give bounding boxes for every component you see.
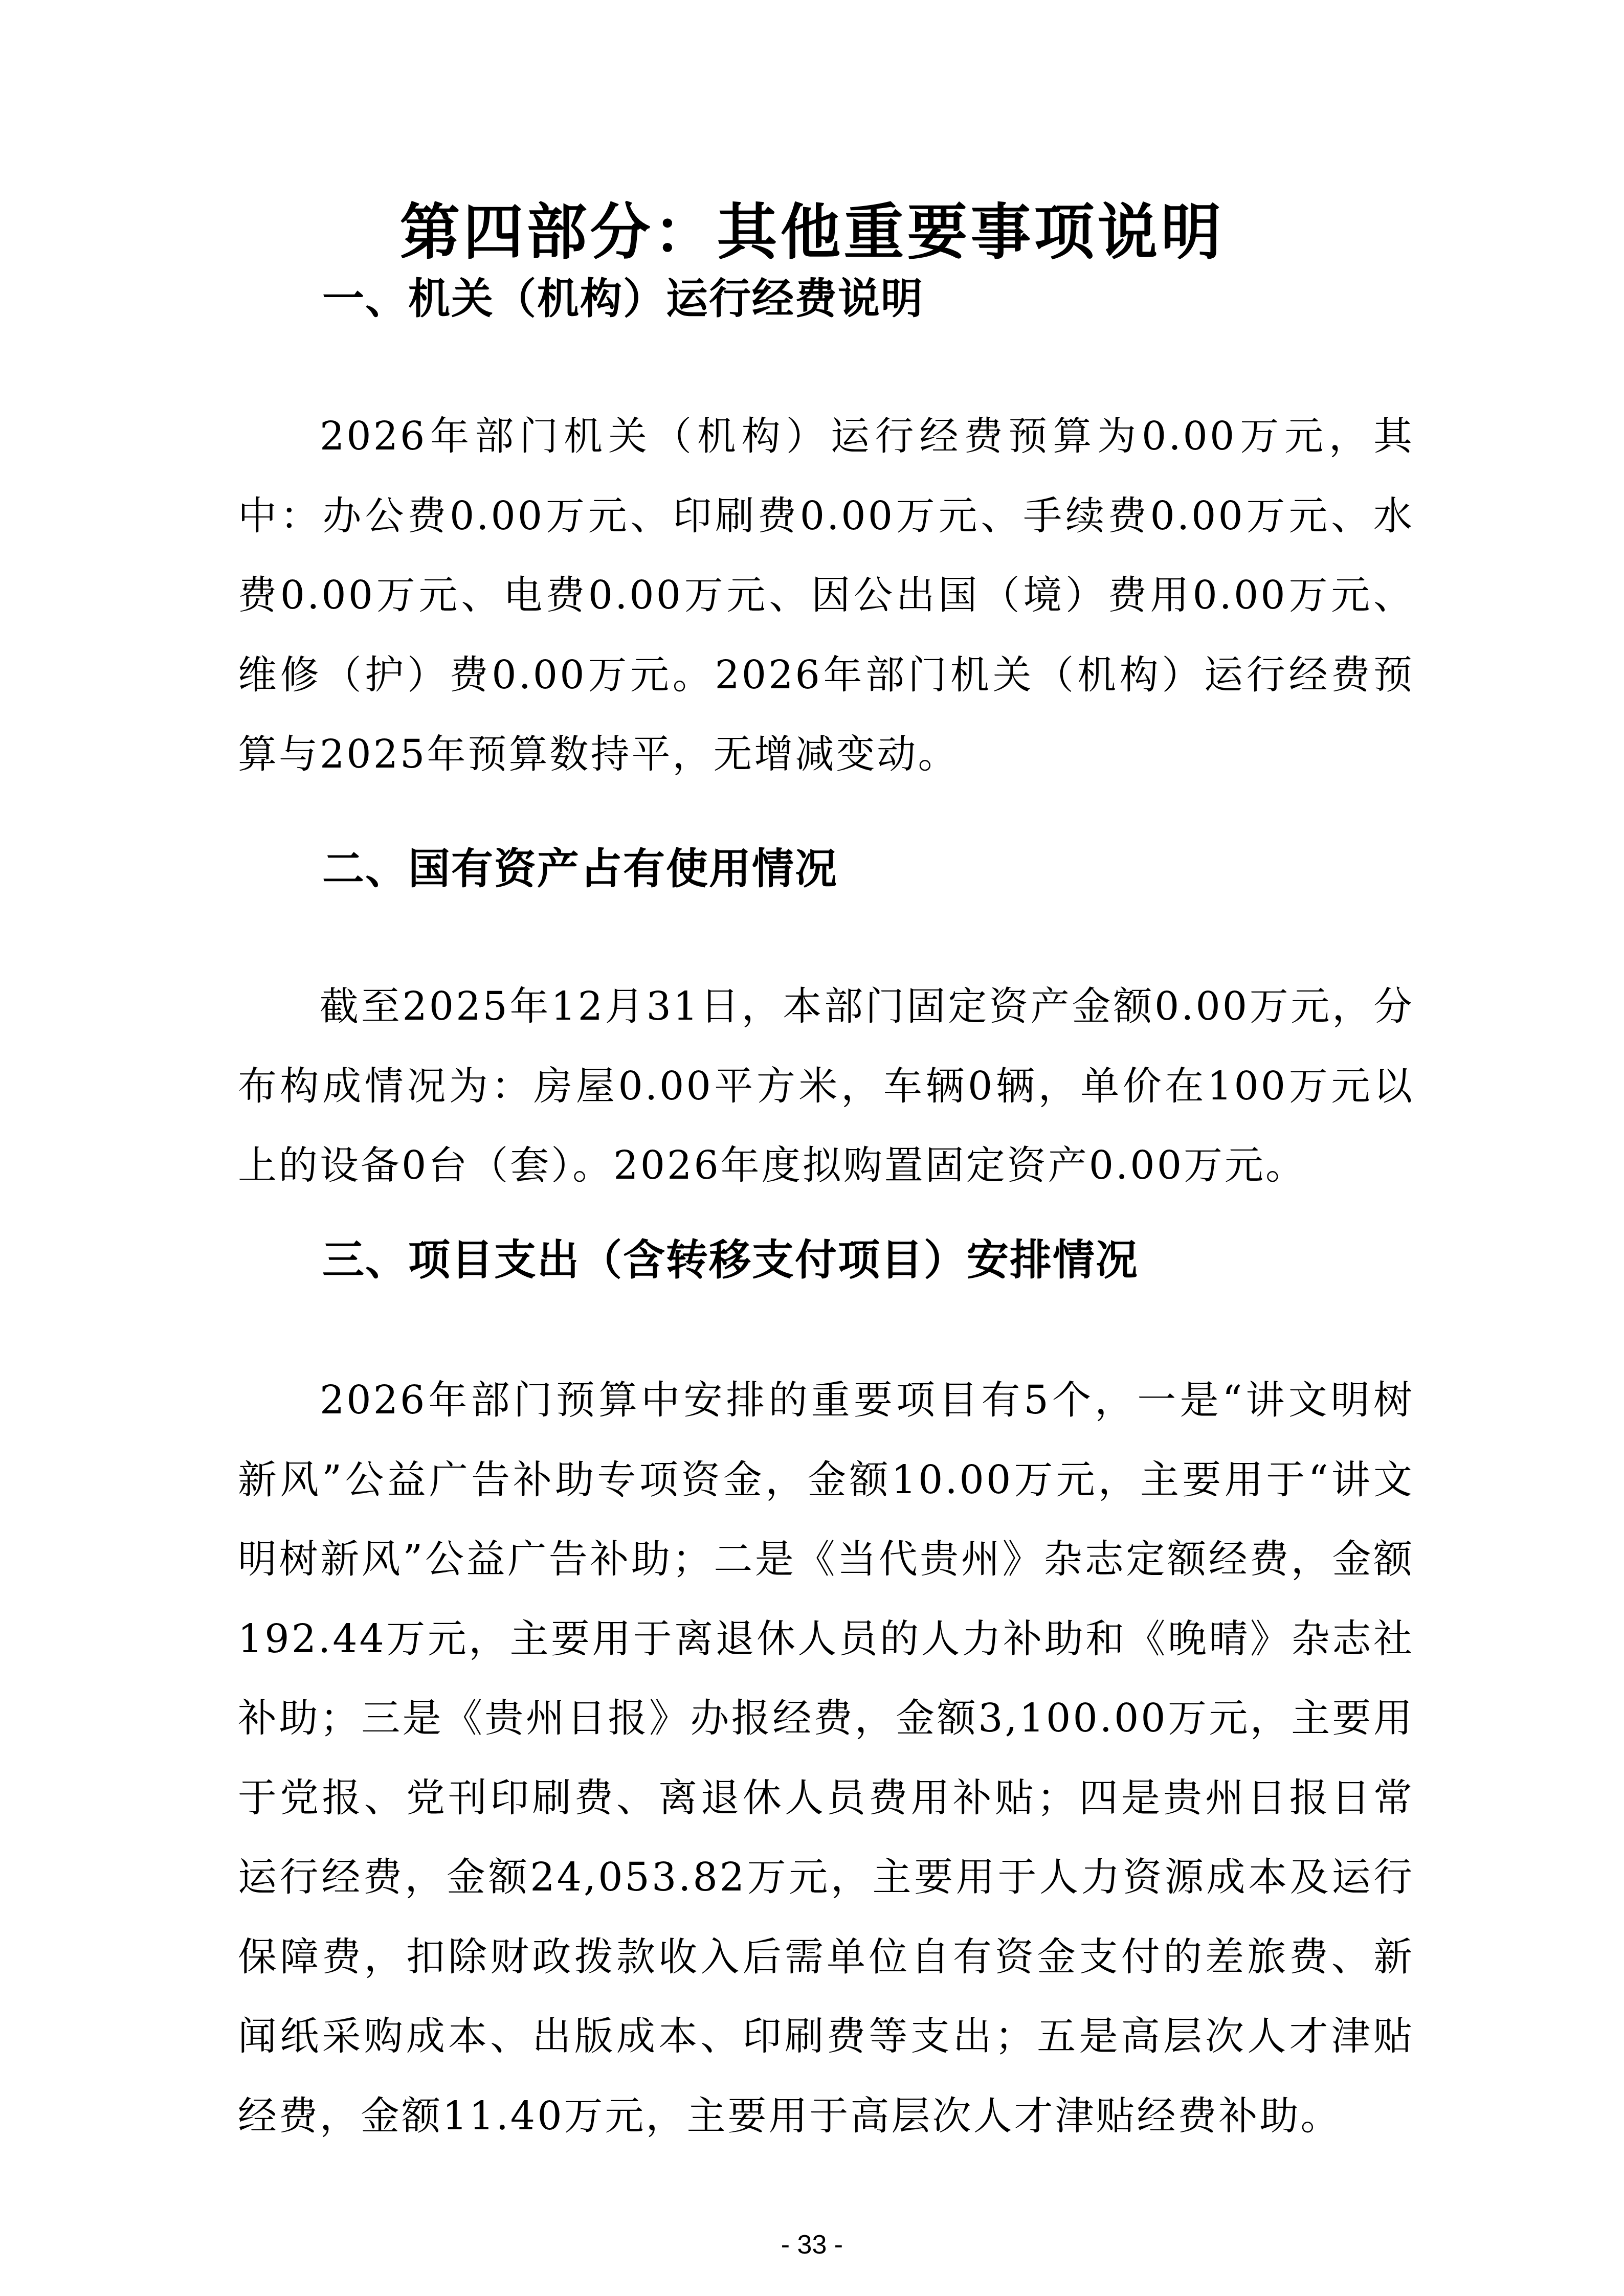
page-title: 第四部分：其他重要事项说明 bbox=[0, 194, 1624, 271]
section-paragraph-operating-expenses: 2026年部门机关（机构）运行经费预算为0.00万元，其中：办公费0.00万元、… bbox=[238, 396, 1414, 794]
page-number: - 33 - bbox=[0, 2227, 1624, 2263]
section-heading-operating-expenses: 一、机关（机构）运行经费说明 bbox=[322, 271, 924, 327]
section-heading-project-expenditure: 三、项目支出（含转移支付项目）安排情况 bbox=[322, 1232, 1139, 1289]
section-paragraph-project-expenditure: 2026年部门预算中安排的重要项目有5个，一是“讲文明树新风”公益广告补助专项资… bbox=[238, 1360, 1414, 2155]
section-heading-state-assets: 二、国有资产占有使用情况 bbox=[322, 841, 838, 897]
section-paragraph-state-assets: 截至2025年12月31日，本部门固定资产金额0.00万元，分布构成情况为：房屋… bbox=[238, 966, 1414, 1205]
